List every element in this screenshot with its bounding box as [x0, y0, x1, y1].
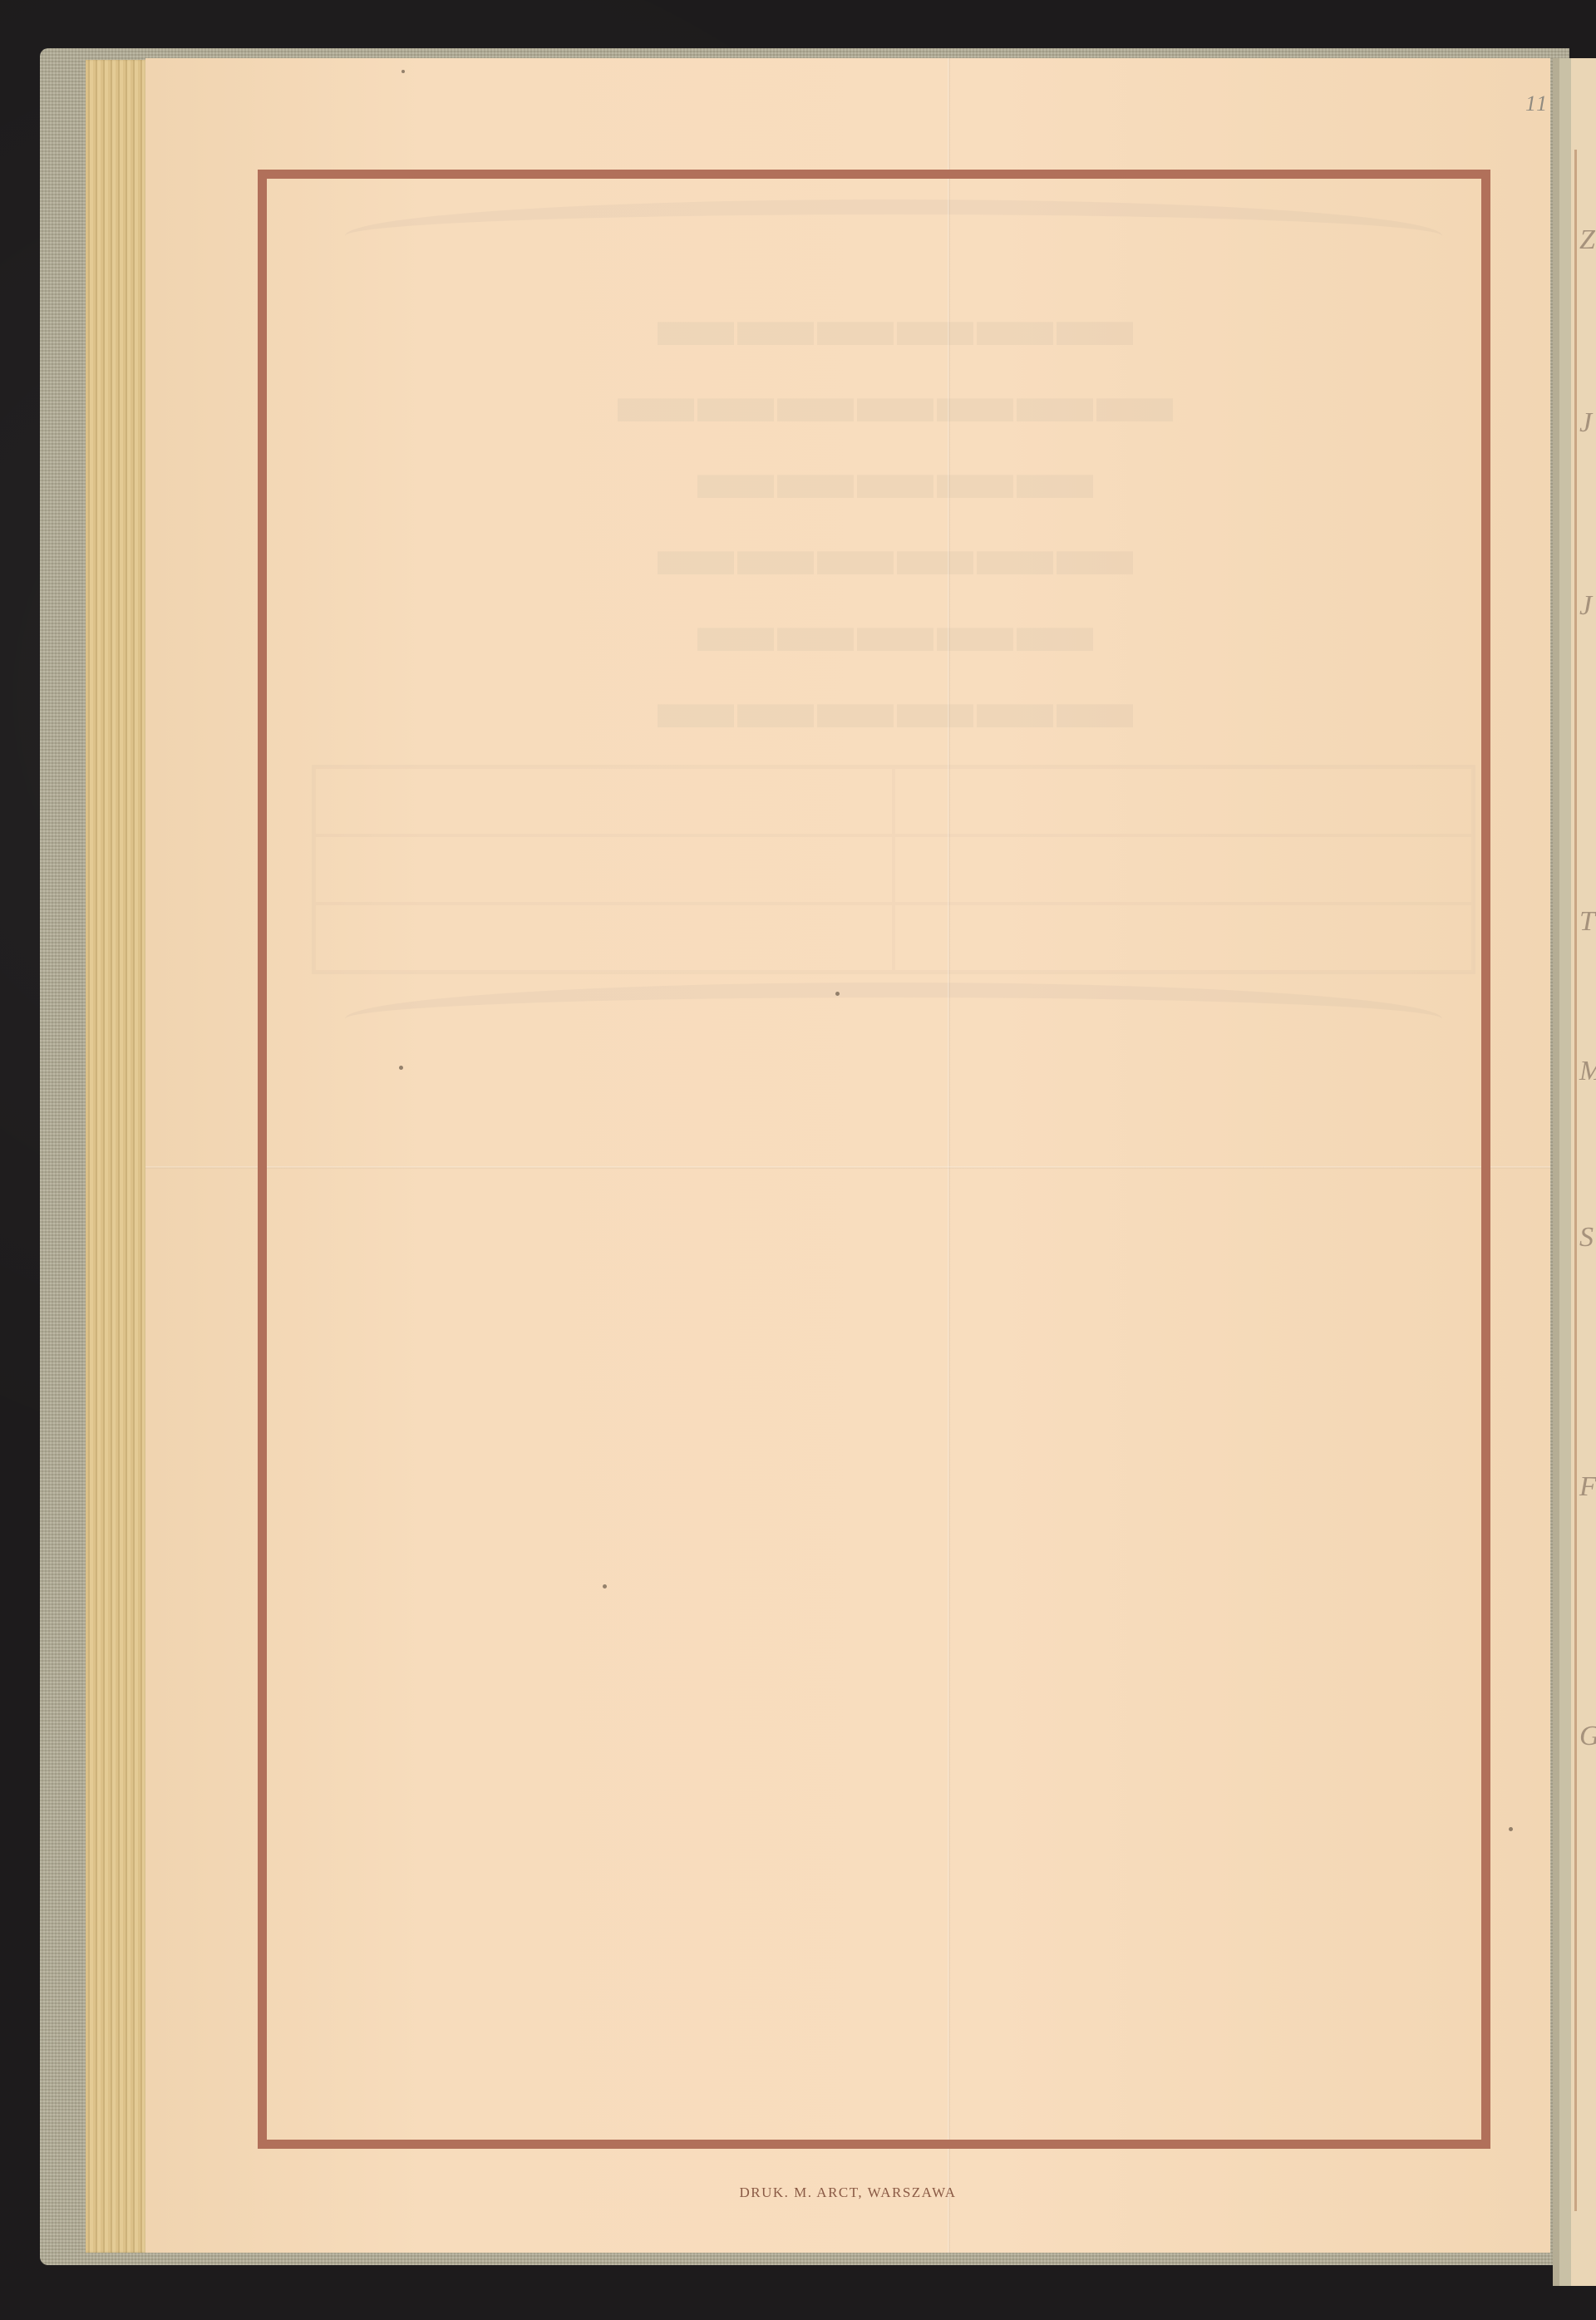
- page-number: 11: [1525, 91, 1549, 116]
- decorative-border-frame: [258, 170, 1490, 2149]
- page-edges: [86, 60, 147, 2253]
- printer-imprint: DRUK. M. ARCT, WARSZAWA: [145, 2185, 1550, 2201]
- paper-speck: [835, 992, 840, 996]
- book-page: ▬▬▬▬▬▬ ▬▬▬▬▬▬▬ ▬▬▬▬▬ ▬▬▬▬▬▬ ▬▬▬▬▬ ▬▬▬▬▬▬…: [145, 58, 1550, 2253]
- paper-speck: [401, 70, 405, 73]
- paper-speck: [399, 1066, 403, 1070]
- next-page-edge: Z J J T M S F G: [1553, 58, 1596, 2286]
- paper-speck: [603, 1584, 607, 1589]
- paper-speck: [1509, 1827, 1513, 1831]
- next-page-border: [1574, 150, 1577, 2211]
